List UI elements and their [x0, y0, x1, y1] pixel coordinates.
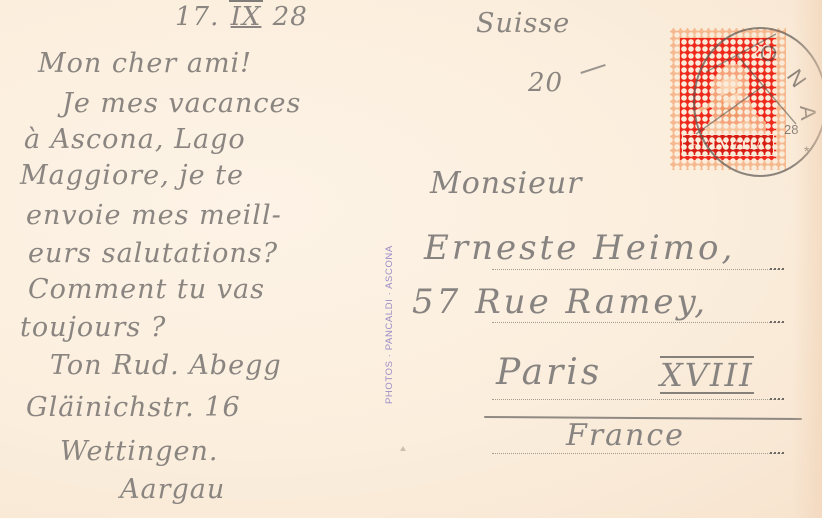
postage-note-dash — [580, 64, 605, 73]
postage-stamp: 20 HELVETIA — [670, 28, 786, 170]
signature-line: Ton Rud. Abegg — [50, 350, 282, 381]
date-month: IX — [229, 0, 264, 32]
stamp-country: HELVETIA — [690, 137, 765, 153]
message-line: envoie mes meill- — [26, 200, 282, 231]
date-year: 28 — [273, 2, 308, 32]
message-line: Maggiore, je te — [20, 160, 244, 191]
sender-canton: Aargau — [120, 474, 225, 505]
address-line-1 — [492, 269, 784, 270]
postcard-back: 17. IX 28 Mon cher ami! Je mes vacances … — [0, 0, 822, 518]
address-arrondissement: XVIII — [660, 356, 754, 394]
address-salutation: Monsieur — [430, 166, 583, 201]
william-tell-portrait-icon — [692, 56, 766, 138]
postage-note-amount: 20 — [528, 68, 563, 98]
address-city: Paris — [496, 352, 602, 393]
postage-note-country: Suisse — [476, 8, 570, 39]
address-line-4 — [492, 453, 784, 454]
date-day: 17. — [175, 2, 219, 32]
svg-text:*: * — [804, 143, 810, 159]
address-country: France — [566, 418, 685, 453]
message-line: Comment tu vas — [28, 274, 265, 305]
message-line: Je mes vacances — [62, 88, 301, 119]
message-line: eurs salutations? — [28, 238, 278, 269]
message-line: à Ascona, Lago — [24, 124, 246, 155]
stamp-design: 20 HELVETIA — [680, 38, 776, 160]
sender-town: Wettingen. — [60, 436, 219, 467]
svg-text:A: A — [795, 104, 821, 121]
printer-mark-icon — [400, 446, 406, 451]
message-date: 17. IX 28 — [175, 2, 308, 32]
address-name: Erneste Heimo, — [424, 228, 735, 268]
publisher-imprint: PHOTOS · PANCALDI · ASCONA — [384, 245, 395, 404]
stamp-label-box: HELVETIA — [682, 134, 774, 156]
postmark-date: 28 — [784, 122, 798, 137]
address-line-3 — [492, 399, 784, 400]
message-line: toujours ? — [20, 312, 166, 343]
sender-street: Gläinichstr. 16 — [26, 392, 241, 423]
address-line-2 — [492, 322, 784, 323]
message-line: Mon cher ami! — [38, 48, 252, 79]
address-street: 57 Rue Ramey, — [412, 282, 708, 322]
svg-text:N: N — [782, 65, 812, 92]
